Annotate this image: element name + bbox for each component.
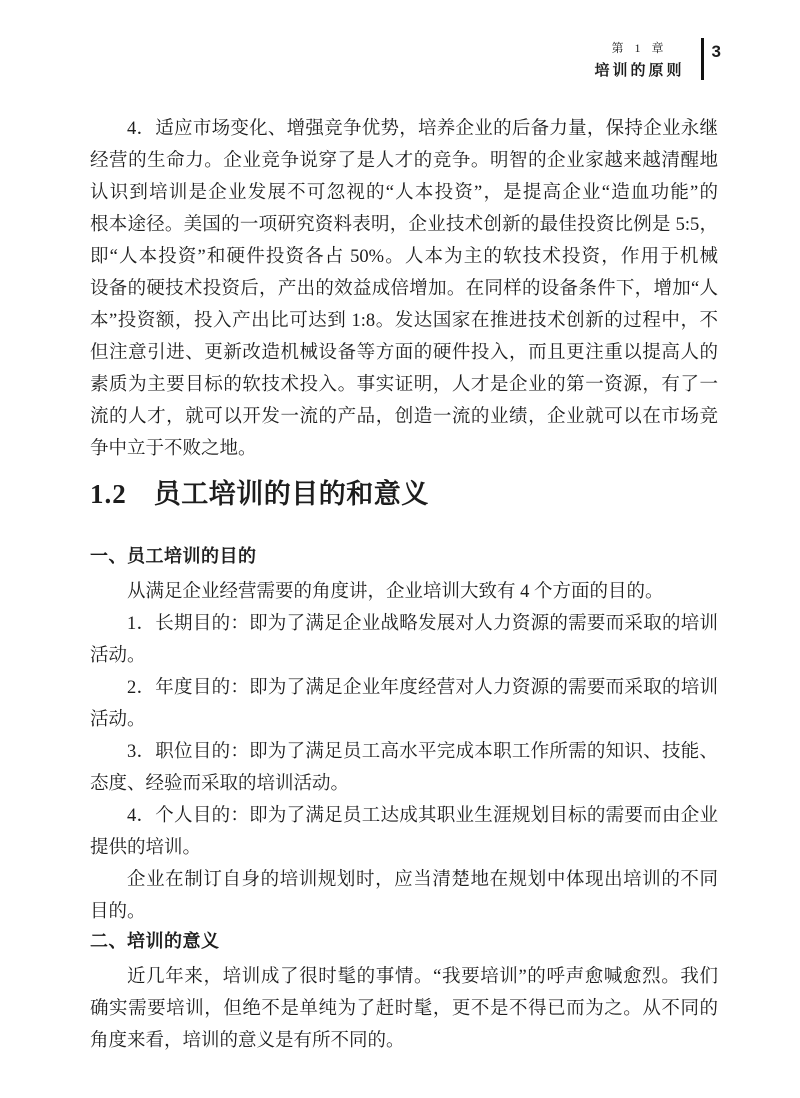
paragraph-line: 素质为主要目标的软技术投入。事实证明，人才是企业的第一资源，有了一 xyxy=(90,369,718,401)
paragraph-line: 提供的培训。 xyxy=(90,832,718,864)
paragraph-line: 角度来看，培训的意义是有所不同的。 xyxy=(90,1025,718,1057)
header-divider xyxy=(701,38,704,80)
paragraph: 4．适应市场变化、增强竞争优势，培养企业的后备力量，保持企业永继经营的生命力。企… xyxy=(90,113,718,465)
paragraph-line: 经营的生命力。企业竞争说穿了是人才的竞争。明智的企业家越来越清醒地 xyxy=(90,145,718,177)
subsection-heading: 二、培训的意义 xyxy=(90,928,718,954)
paragraph-line: 态度、经验而采取的培训活动。 xyxy=(90,768,718,800)
paragraph: 3．职位目的：即为了满足员工高水平完成本职工作所需的知识、技能、态度、经验而采取… xyxy=(90,736,718,800)
section-heading: 1.2员工培训的目的和意义 xyxy=(90,474,718,514)
paragraph: 4．个人目的：即为了满足员工达成其职业生涯规划目标的需要而由企业提供的培训。 xyxy=(90,800,718,864)
paragraph: 从满足企业经营需要的角度讲，企业培训大致有 4 个方面的目的。 xyxy=(90,576,718,608)
subsection-heading: 一、员工培训的目的 xyxy=(90,543,718,569)
paragraph-line: 近几年来，培训成了很时髦的事情。“我要培训”的呼声愈喊愈烈。我们 xyxy=(90,961,718,993)
paragraph-line: 流的人才，就可以开发一流的产品，创造一流的业绩，企业就可以在市场竞 xyxy=(90,401,718,433)
paragraph-line: 目的。 xyxy=(90,896,718,928)
paragraph-line: 确实需要培训，但绝不是单纯为了赶时髦，更不是不得已而为之。从不同的 xyxy=(90,993,718,1025)
paragraph-line: 2．年度目的：即为了满足企业年度经营对人力资源的需要而采取的培训 xyxy=(90,672,718,704)
paragraph-line: 即“人本投资”和硬件投资各占 50%。人本为主的软技术投资，作用于机械 xyxy=(90,241,718,273)
section-number: 1.2 xyxy=(90,479,127,509)
running-head-titles: 第 1 章 培训的原则 xyxy=(595,39,685,80)
paragraph-line: 认识到培训是企业发展不可忽视的“人本投资”，是提高企业“造血功能”的 xyxy=(90,177,718,209)
paragraph: 2．年度目的：即为了满足企业年度经营对人力资源的需要而采取的培训活动。 xyxy=(90,672,718,736)
paragraph-line: 4．适应市场变化、增强竞争优势，培养企业的后备力量，保持企业永继 xyxy=(90,113,718,145)
paragraph-line: 4．个人目的：即为了满足员工达成其职业生涯规划目标的需要而由企业 xyxy=(90,800,718,832)
paragraph: 近几年来，培训成了很时髦的事情。“我要培训”的呼声愈喊愈烈。我们确实需要培训，但… xyxy=(90,961,718,1057)
paragraph-line: 争中立于不败之地。 xyxy=(90,433,718,465)
section-title: 员工培训的目的和意义 xyxy=(154,479,429,509)
paragraph-line: 但注意引进、更新改造机械设备等方面的硬件投入，而且更注重以提高人的 xyxy=(90,337,718,369)
paragraph: 1．长期目的：即为了满足企业战略发展对人力资源的需要而采取的培训活动。 xyxy=(90,608,718,672)
body: 4．适应市场变化、增强竞争优势，培养企业的后备力量，保持企业永继经营的生命力。企… xyxy=(90,113,718,1057)
paragraph-line: 3．职位目的：即为了满足员工高水平完成本职工作所需的知识、技能、 xyxy=(90,736,718,768)
chapter-label: 第 1 章 xyxy=(595,39,685,56)
page-number: 3 xyxy=(712,42,721,62)
paragraph: 企业在制订自身的培训规划时，应当清楚地在规划中体现出培训的不同目的。 xyxy=(90,864,718,928)
running-head: 第 1 章 培训的原则 3 xyxy=(595,38,721,80)
paragraph-line: 设备的硬技术投资后，产出的效益成倍增加。在同样的设备条件下，增加“人 xyxy=(90,273,718,305)
paragraph-line: 本”投资额，投入产出比可达到 1:8。发达国家在推进技术创新的过程中，不 xyxy=(90,305,718,337)
paragraph-line: 活动。 xyxy=(90,704,718,736)
paragraph-line: 从满足企业经营需要的角度讲，企业培训大致有 4 个方面的目的。 xyxy=(90,576,718,608)
paragraph-line: 活动。 xyxy=(90,640,718,672)
paragraph-line: 企业在制订自身的培训规划时，应当清楚地在规划中体现出培训的不同 xyxy=(90,864,718,896)
paragraph-line: 1．长期目的：即为了满足企业战略发展对人力资源的需要而采取的培训 xyxy=(90,608,718,640)
book-page: 第 1 章 培训的原则 3 4．适应市场变化、增强竞争优势，培养企业的后备力量，… xyxy=(0,0,800,1098)
chapter-title: 培训的原则 xyxy=(595,59,685,80)
paragraph-line: 根本途径。美国的一项研究资料表明，企业技术创新的最佳投资比例是 5:5， xyxy=(90,209,718,241)
